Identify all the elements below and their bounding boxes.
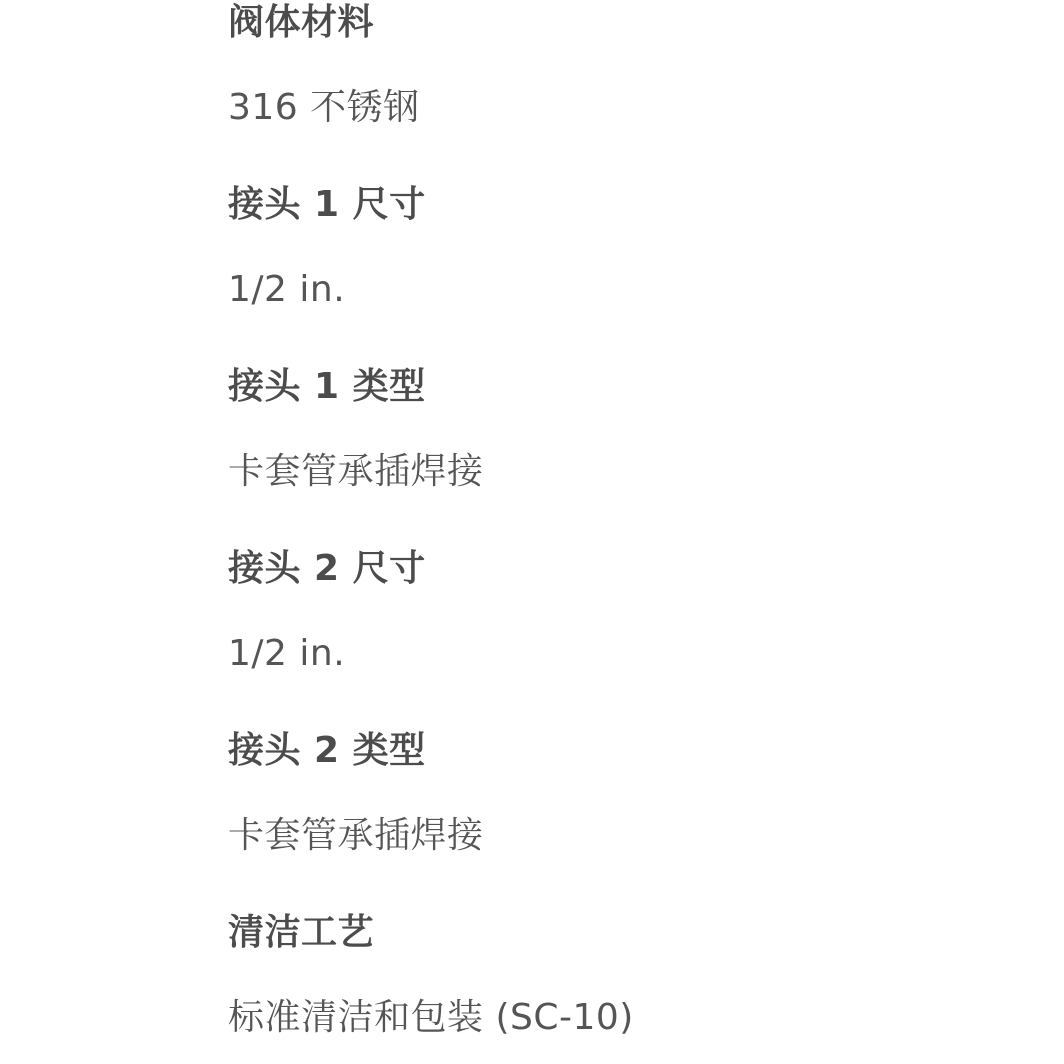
spec-item-connection-1-type: 接头 1 类型 卡套管承插焊接: [228, 365, 1024, 494]
product-specs-page: 阀体材料 316 不锈钢 接头 1 尺寸 1/2 in. 接头 1 类型 卡套管…: [0, 0, 1064, 1064]
spec-item-connection-2-size: 接头 2 尺寸 1/2 in.: [228, 547, 1024, 676]
spec-label: 接头 1 类型: [228, 365, 1024, 409]
spec-value: 卡套管承插焊接: [228, 450, 1024, 494]
spec-label: 接头 2 类型: [228, 729, 1024, 773]
spec-value: 卡套管承插焊接: [228, 814, 1024, 858]
spec-value: 1/2 in.: [228, 632, 1024, 676]
spec-item-cleaning-process: 清洁工艺 标准清洁和包装 (SC-10): [228, 911, 1024, 1040]
spec-value: 1/2 in.: [228, 268, 1024, 312]
spec-label: 接头 1 尺寸: [228, 183, 1024, 227]
spec-label: 接头 2 尺寸: [228, 547, 1024, 591]
spec-value: 标准清洁和包装 (SC-10): [228, 996, 1024, 1040]
spec-item-body-material: 阀体材料 316 不锈钢: [228, 1, 1024, 130]
spec-label: 清洁工艺: [228, 911, 1024, 955]
spec-label: 阀体材料: [228, 1, 1024, 45]
spec-item-connection-1-size: 接头 1 尺寸 1/2 in.: [228, 183, 1024, 312]
spec-list: 阀体材料 316 不锈钢 接头 1 尺寸 1/2 in. 接头 1 类型 卡套管…: [228, 1, 1024, 1040]
spec-item-connection-2-type: 接头 2 类型 卡套管承插焊接: [228, 729, 1024, 858]
spec-value: 316 不锈钢: [228, 86, 1024, 130]
